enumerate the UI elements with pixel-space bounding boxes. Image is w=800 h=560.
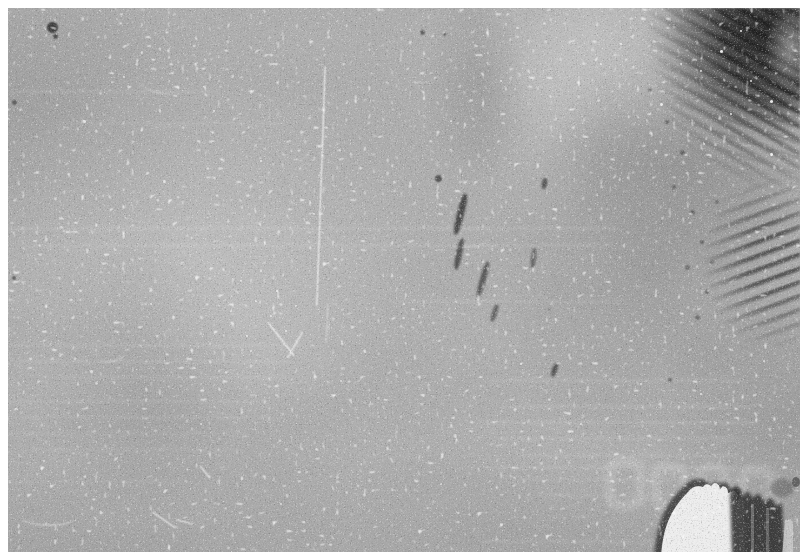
grain-dust-layer xyxy=(8,8,800,552)
photo-surface xyxy=(8,8,800,552)
film-grain-overlay xyxy=(8,8,800,552)
